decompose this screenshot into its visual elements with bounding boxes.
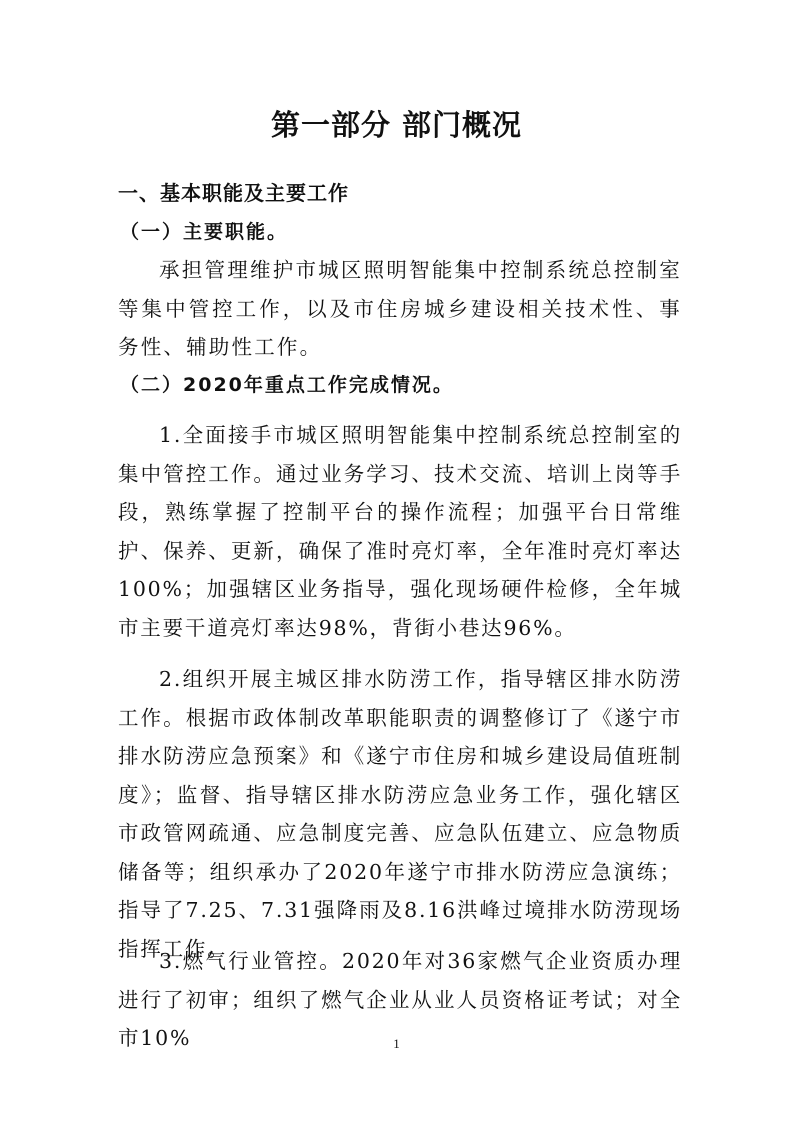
paragraph-item-1-lighting-control: 1.全面接手市城区照明智能集中控制系统总控制室的集中管控工作。通过业务学习、技术… [118,416,682,647]
page-title: 第一部分 部门概况 [0,103,793,144]
subsection-heading-2020-work: （二）2020年重点工作完成情况。 [120,370,454,397]
document-page: 第一部分 部门概况 一、基本职能及主要工作 （一）主要职能。 承担管理维护市城区… [0,0,793,1122]
paragraph-item-2-drainage: 2.组织开展主城区排水防涝工作，指导辖区排水防涝工作。根据市政体制改革职能职责的… [118,660,682,968]
page-number: 1 [0,1036,793,1052]
section-heading-basic-functions: 一、基本职能及主要工作 [118,177,349,206]
subsection-heading-main-functions: （一）主要职能。 [120,217,288,244]
paragraph-main-functions: 承担管理维护市城区照明智能集中控制系统总控制室等集中管控工作，以及市住房城乡建设… [118,251,682,367]
